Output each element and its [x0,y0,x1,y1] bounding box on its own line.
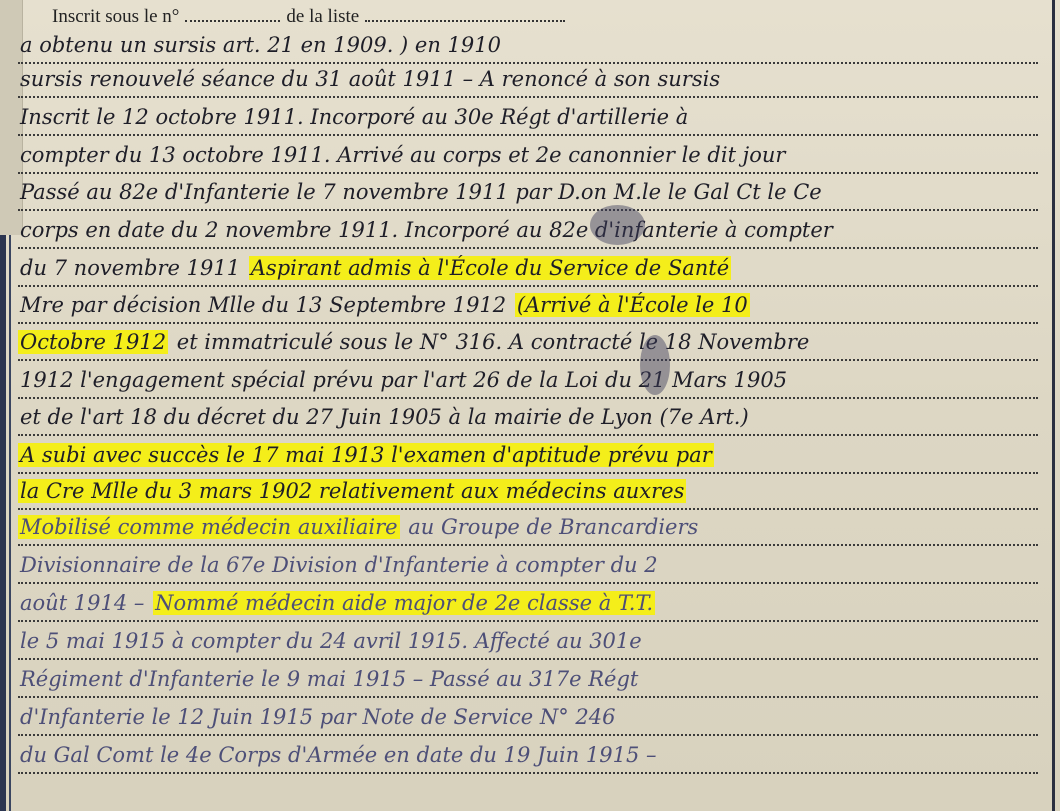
text-line: Mre par décision Mlle du 13 Septembre 19… [18,288,1038,324]
text-line: sursis renouvelé séance du 31 août 1911 … [18,62,1038,98]
text-line: du Gal Comt le 4e Corps d'Armée en date … [18,738,1038,774]
highlighted-text: la Cre Mlle du 3 mars 1902 relativement … [18,479,686,503]
line-text: corps en date du 2 novembre 1911. Incorp… [18,218,835,242]
line-text: d'Infanterie le 12 Juin 1915 par Note de… [18,705,618,729]
line-text: compter du 13 octobre 1911. Arrivé au co… [18,143,787,167]
line-text: Régiment d'Infanterie le 9 mai 1915 – Pa… [18,667,640,691]
line-text: août 1914 – [18,591,153,615]
text-line: Octobre 1912 et immatriculé sous le N° 3… [18,325,1038,361]
text-line: d'Infanterie le 12 Juin 1915 par Note de… [18,700,1038,736]
text-line: et de l'art 18 du décret du 27 Juin 1905… [18,400,1038,436]
line-text: Divisionnaire de la 67e Division d'Infan… [18,553,660,577]
text-line: août 1914 – Nommé médecin aide major de … [18,586,1038,622]
highlighted-text: A subi avec succès le 17 mai 1913 l'exam… [18,443,714,467]
highlighted-text: Octobre 1912 [18,330,168,354]
document-page: Inscrit sous le n° de la liste a obtenu … [0,0,1060,811]
highlighted-text: Aspirant admis à l'École du Service de S… [249,256,731,280]
text-line: le 5 mai 1915 à compter du 24 avril 1915… [18,624,1038,660]
line-text: 1912 l'engagement spécial prévu par l'ar… [18,368,789,392]
line-text: au Groupe de Brancardiers [400,515,701,539]
text-line: Divisionnaire de la 67e Division d'Infan… [18,548,1038,584]
highlighted-text: Mobilisé comme médecin auxiliaire [18,515,400,539]
dotted-field [185,16,280,22]
line-text: Passé au 82e d'Infanterie le 7 novembre … [18,180,824,204]
line-text: Inscrit le 12 octobre 1911. Incorporé au… [18,105,690,129]
line-text: a obtenu un sursis art. 21 en 1909. ) en… [18,33,503,57]
text-line: A subi avec succès le 17 mai 1913 l'exam… [18,438,1038,474]
line-text: Mre par décision Mlle du 13 Septembre 19… [18,293,515,317]
text-line: Mobilisé comme médecin auxiliaire au Gro… [18,510,1038,546]
highlighted-text: (Arrivé à l'École le 10 [515,293,750,317]
text-line: compter du 13 octobre 1911. Arrivé au co… [18,138,1038,174]
ink-stain [640,335,670,395]
text-line: a obtenu un sursis art. 21 en 1909. ) en… [18,28,1038,64]
line-text: du 7 novembre 1911 [18,256,249,280]
text-line: Régiment d'Infanterie le 9 mai 1915 – Pa… [18,662,1038,698]
page-border [1052,0,1055,811]
text-line: la Cre Mlle du 3 mars 1902 relativement … [18,474,1038,510]
text-line: corps en date du 2 novembre 1911. Incorp… [18,213,1038,249]
line-text: et de l'art 18 du décret du 27 Juin 1905… [18,405,751,429]
label-inscrit: Inscrit sous le n° [52,6,179,28]
text-line: 1912 l'engagement spécial prévu par l'ar… [18,363,1038,399]
ink-stain [590,205,645,245]
dotted-field [365,16,565,22]
text-line: du 7 novembre 1911 Aspirant admis à l'Éc… [18,251,1038,287]
text-line: Inscrit le 12 octobre 1911. Incorporé au… [18,100,1038,136]
line-text: et immatriculé sous le N° 316. A contrac… [168,330,811,354]
line-text: le 5 mai 1915 à compter du 24 avril 1915… [18,629,644,653]
binding-border [0,235,6,811]
label-liste: de la liste [286,6,359,28]
line-text: du Gal Comt le 4e Corps d'Armée en date … [18,743,659,767]
highlighted-text: Nommé médecin aide major de 2e classe à … [153,591,655,615]
text-line: Passé au 82e d'Infanterie le 7 novembre … [18,175,1038,211]
binding-border-inner [9,235,11,811]
line-text: sursis renouvelé séance du 31 août 1911 … [18,67,722,91]
